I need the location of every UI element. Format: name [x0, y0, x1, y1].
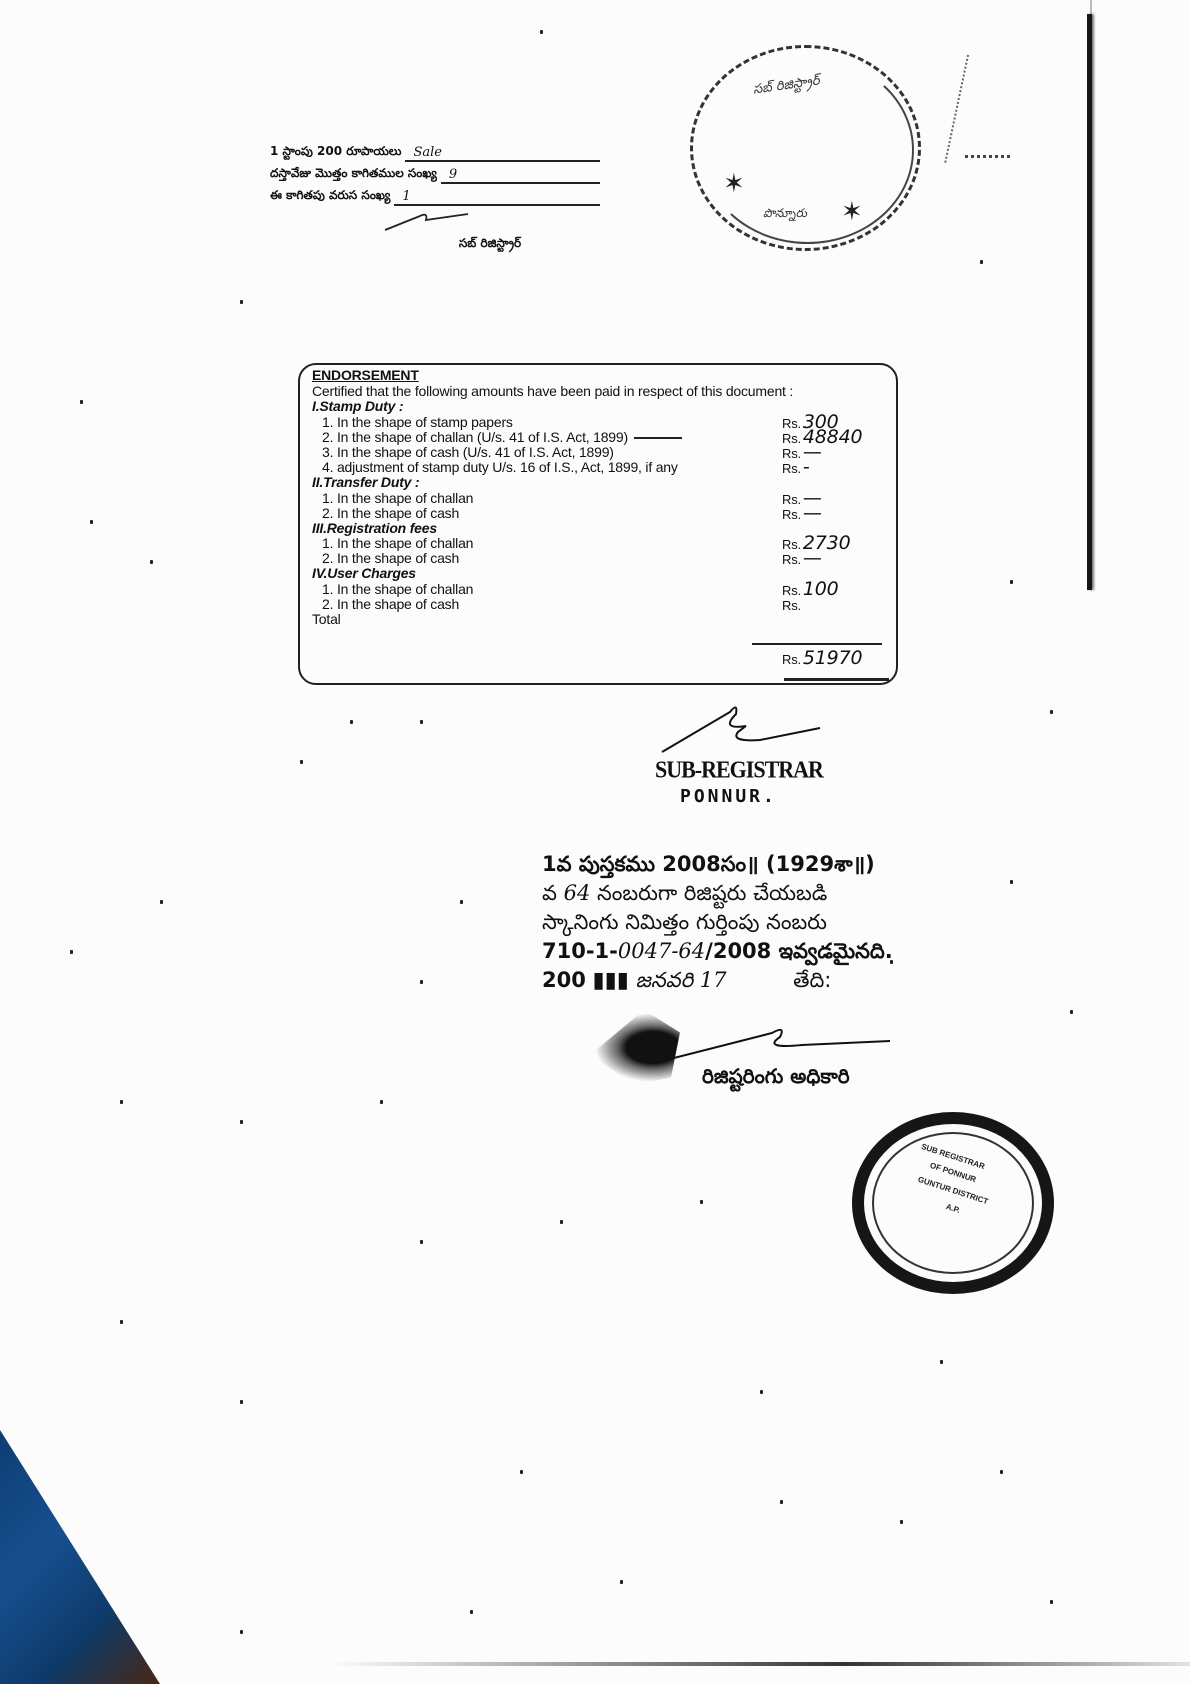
- scan-speck: [240, 1400, 243, 1404]
- scan-speck: [420, 1240, 423, 1244]
- scan-speck: [240, 1120, 243, 1124]
- scan-speck: [420, 720, 423, 724]
- document-number: 64: [564, 881, 591, 905]
- total-rule: [752, 643, 882, 645]
- ink-blot: [590, 1010, 680, 1085]
- registering-officer-label: రిజిష్టరింగు అధికారి: [702, 1062, 850, 1091]
- signature-scribble-icon: [662, 1025, 892, 1065]
- scan-speck: [540, 30, 543, 34]
- faint-scribble: [965, 155, 1010, 161]
- scan-speck: [890, 960, 893, 964]
- payment-row: 2. In the shape of cashRs.—: [312, 506, 896, 521]
- currency-label: Rs.: [782, 507, 801, 522]
- payment-row: 2. In the shape of cashRs.—: [312, 551, 896, 566]
- currency-label: Rs.: [782, 431, 801, 446]
- scan-speck: [760, 1390, 763, 1394]
- scanning-id-label-line: స్కానింగు నిమిత్తం గుర్తింపు నంబరు: [542, 908, 932, 937]
- scan-speck: [1050, 1600, 1053, 1604]
- total-sheets-line: దస్తావేజు మొత్తం కాగితముల సంఖ్య 9: [270, 162, 600, 184]
- registration-endorsement: 1వ పుస్తకము 2008సం॥ (1929శా॥) వ 64 నంబరు…: [542, 850, 932, 995]
- bottom-edge-shadow: [330, 1662, 1190, 1666]
- scan-speck: [560, 1220, 563, 1224]
- amount-cell: Rs.-: [782, 460, 810, 476]
- scan-speck: [1010, 580, 1013, 584]
- office-round-stamp: సబ్ రిజిస్ట్రార్ ✶ ✶ పొన్నూరు: [690, 45, 921, 251]
- signature-scribble-icon: [660, 700, 860, 760]
- background-corner: [0, 1430, 160, 1684]
- scan-speck: [460, 900, 463, 904]
- page-edge-shadow: [1087, 14, 1092, 590]
- scan-speck: [700, 1200, 703, 1204]
- office-seal: SUB REGISTRAR OF PONNUR GUNTUR DISTRICT …: [852, 1112, 1054, 1294]
- payment-label: 2. In the shape of cash: [322, 550, 459, 566]
- day: 17: [700, 968, 727, 992]
- date-line: 200 ▮▮▮ జనవరి 17 తేది:: [542, 966, 932, 995]
- scan-speck: [520, 1470, 523, 1474]
- currency-label: Rs.: [782, 492, 801, 507]
- document-number-line: వ 64 నంబరుగా రిజిష్టరు చేయబడి: [542, 879, 932, 908]
- scan-speck: [80, 400, 83, 404]
- sub-registrar-telugu-signature: సబ్ రిజిస్ట్రార్: [380, 210, 600, 254]
- scan-speck: [1050, 710, 1053, 714]
- prefix: వ: [542, 881, 557, 905]
- sheet-number-value: 1: [394, 192, 600, 206]
- currency-label: Rs.: [782, 537, 801, 552]
- scan-speck: [380, 1100, 383, 1104]
- amount-cell: Rs.: [782, 597, 803, 613]
- currency-label: Rs.: [782, 416, 801, 431]
- id-prefix: 710-1-: [542, 939, 618, 963]
- endorsement-intro: Certified that the following amounts hav…: [312, 384, 896, 399]
- currency-label: Rs.: [782, 446, 801, 461]
- payment-label: 1. In the shape of challan: [322, 490, 473, 506]
- scanning-id: 0047-64: [618, 939, 705, 963]
- total-sheets-label: దస్తావేజు మొత్తం కాగితముల సంఖ్య: [270, 162, 437, 184]
- scan-speck: [300, 760, 303, 764]
- sub-registrar-place: PONNUR.: [680, 786, 777, 807]
- sheet-number-line: ఈ కాగితపు వరుస సంఖ్య 1: [270, 184, 600, 206]
- scan-speck: [240, 300, 243, 304]
- payment-row: 2. In the shape of cashRs.: [312, 597, 896, 612]
- currency-label: Rs.: [782, 583, 801, 598]
- scan-speck: [240, 1630, 243, 1634]
- amount-cell: Rs.48840: [782, 430, 862, 446]
- scan-speck: [1070, 1010, 1073, 1014]
- scan-speck: [780, 1500, 783, 1504]
- scan-speck: [470, 1610, 473, 1614]
- scan-speck: [980, 260, 983, 264]
- scan-speck: [160, 900, 163, 904]
- total-sheets-value: 9: [441, 170, 600, 184]
- payment-label: 4. adjustment of stamp duty U/s. 16 of I…: [322, 459, 678, 475]
- year-prefix: 200: [542, 968, 586, 992]
- fill-line: [634, 437, 682, 439]
- scan-speck: [120, 1100, 123, 1104]
- scan-speck: [420, 980, 423, 984]
- scan-speck: [150, 560, 153, 564]
- currency-label: Rs.: [782, 652, 801, 667]
- scan-speck: [1000, 1470, 1003, 1474]
- stamp-bottom-text: పొన్నూరు: [763, 206, 807, 223]
- scan-speck: [70, 950, 73, 954]
- stamp-paper-value: Sale: [405, 148, 600, 162]
- book-year-line: 1వ పుస్తకము 2008సం॥ (1929శా॥): [542, 850, 932, 879]
- payment-row: 4. adjustment of stamp duty U/s. 16 of I…: [312, 460, 896, 475]
- date-suffix: తేది:: [793, 968, 831, 992]
- signature-label: సబ్ రిజిస్ట్రార్: [459, 236, 521, 250]
- stamp-paper-line: 1 స్టాంపు 200 రూపాయలు Sale: [270, 140, 600, 162]
- payment-label: 1. In the shape of challan: [322, 535, 473, 551]
- payment-label: 2. In the shape of cash: [322, 596, 459, 612]
- scan-speck: [1010, 880, 1013, 884]
- amount-cell: Rs.100: [782, 582, 839, 598]
- scan-speck: [90, 520, 93, 524]
- stamp-text: సబ్ రిజిస్ట్రార్: [752, 73, 821, 100]
- scan-speck: [120, 1320, 123, 1324]
- id-suffix: /2008 ఇవ్వడమైనది.: [705, 939, 893, 963]
- month: జనవరి: [636, 968, 693, 992]
- amount-cell: Rs.—: [782, 506, 822, 522]
- scanning-id-line: 710-1-0047-64/2008 ఇవ్వడమైనది.: [542, 937, 932, 966]
- payment-label: 2. In the shape of cash: [322, 505, 459, 521]
- amount-cell: Rs.—: [782, 445, 822, 461]
- payment-label: 2. In the shape of challan (U/s. 41 of I…: [322, 429, 628, 445]
- page-edge-top: [1090, 0, 1092, 14]
- star-icon: ✶: [723, 168, 745, 199]
- currency-label: Rs.: [782, 552, 801, 567]
- scan-speck: [350, 720, 353, 724]
- scan-speck: [940, 1360, 943, 1364]
- scan-speck: [900, 1520, 903, 1524]
- total-double-rule: [784, 678, 889, 681]
- currency-label: Rs.: [782, 461, 801, 476]
- payment-label: 1. In the shape of challan: [322, 581, 473, 597]
- currency-label: Rs.: [782, 598, 801, 613]
- suffix: నంబరుగా రిజిష్టరు చేయబడి: [597, 881, 827, 905]
- payment-label: 3. In the shape of cash (U/s. 41 of I.S.…: [322, 444, 614, 460]
- scan-speck: [620, 1580, 623, 1584]
- total-label: Total: [312, 611, 341, 627]
- total-amount: 51970: [803, 647, 862, 669]
- signature-scribble-icon: [380, 210, 470, 232]
- payment-row: 1. In the shape of challanRs.100: [312, 582, 896, 597]
- payment-label: 1. In the shape of stamp papers: [322, 414, 513, 430]
- amount-cell: Rs.—: [782, 551, 822, 567]
- total-amount-cell: Rs.51970: [782, 651, 862, 667]
- stamp-paper-label: 1 స్టాంపు 200 రూపాయలు: [270, 140, 401, 162]
- sub-registrar-title: SUB-REGISTRAR: [655, 756, 823, 785]
- endorsement-box: ENDORSEMENT Certified that the following…: [298, 363, 898, 685]
- stamp-paper-note: 1 స్టాంపు 200 రూపాయలు Sale దస్తావేజు మొత…: [270, 140, 600, 254]
- endorsement-title: ENDORSEMENT: [312, 369, 896, 384]
- sheet-number-label: ఈ కాగితపు వరుస సంఖ్య: [270, 184, 390, 206]
- star-icon: ✶: [841, 196, 863, 227]
- total-row: Total: [312, 612, 896, 627]
